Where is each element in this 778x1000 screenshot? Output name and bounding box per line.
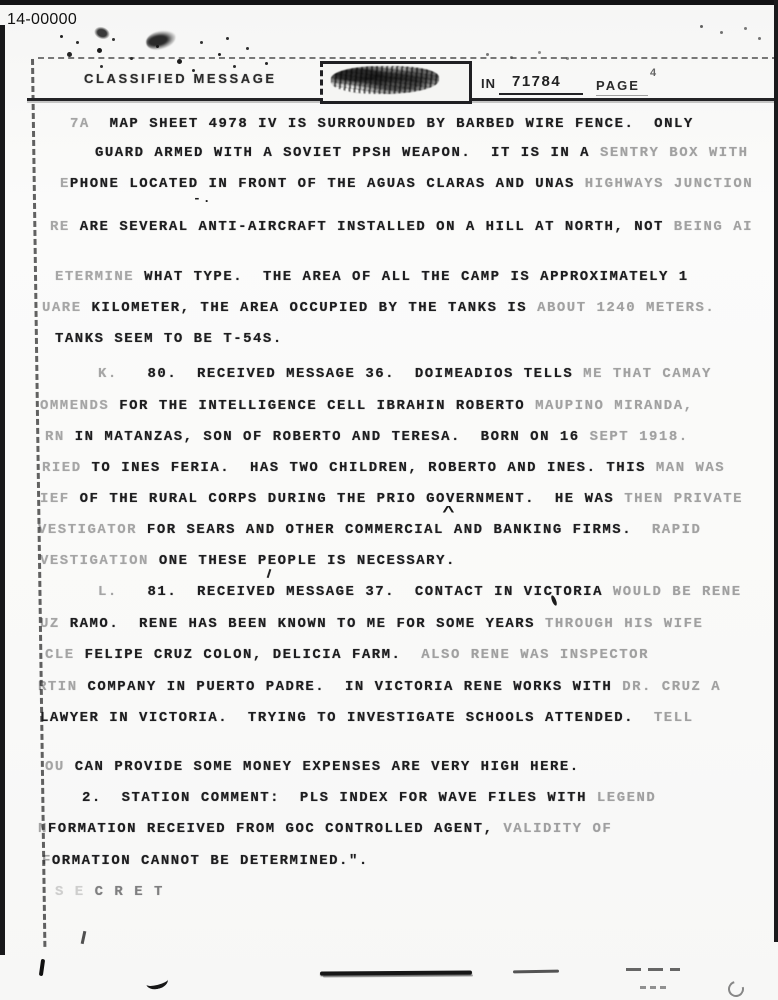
text-line: FORMATION CANNOT BE DETERMINED.". (42, 854, 369, 868)
stray-ink-mark (267, 569, 272, 578)
stray-ink-mark (145, 973, 170, 992)
in-number: 71784 (512, 73, 561, 90)
scan-edge-right (774, 0, 778, 942)
form-top-border (38, 57, 778, 59)
text-line: UZ RAMO. RENE HAS BEEN KNOWN TO ME FOR S… (40, 617, 703, 631)
stray-ink-mark: -. (193, 191, 213, 206)
ink-blotch (92, 25, 111, 42)
text-line: RTIN COMPANY IN PUERTO PADRE. IN VICTORI… (38, 680, 721, 694)
text-line: VESTIGATION ONE THESE PEOPLE IS NECESSAR… (40, 554, 456, 568)
illegible-stamp-icon (331, 66, 439, 94)
in-number-underline (499, 93, 583, 95)
page-underline (596, 95, 648, 96)
scan-smear-line (320, 970, 472, 975)
scanned-document-page: 14-00000 CLASSIFIED MESSAGE IN 71784 PAG… (0, 5, 778, 1000)
stray-ink-mark (725, 978, 747, 1000)
scan-speckles (486, 53, 489, 56)
scan-smear-line (513, 970, 559, 974)
stray-ink-mark (39, 959, 45, 976)
scan-speckles (60, 35, 63, 38)
scan-edge-left (0, 25, 5, 955)
text-line: UARE KILOMETER, THE AREA OCCUPIED BY THE… (42, 301, 715, 315)
page-label: PAGE (596, 78, 640, 93)
text-line: ETERMINE WHAT TYPE. THE AREA OF ALL THE … (55, 270, 689, 284)
page-number: 4 (650, 67, 656, 79)
text-line: TANKS SEEM TO BE T-54S. (55, 332, 283, 346)
text-line: OMMENDS FOR THE INTELLIGENCE CELL IBRAHI… (40, 399, 694, 413)
in-label: IN (481, 76, 496, 91)
stamp-box (320, 61, 472, 104)
text-line: GUARD ARMED WITH A SOVIET PPSH WEAPON. I… (95, 146, 749, 160)
classified-message-label: CLASSIFIED MESSAGE (84, 71, 277, 86)
document-id: 14-00000 (7, 11, 77, 29)
text-line: LAWYER IN VICTORIA. TRYING TO INVESTIGAT… (40, 711, 694, 725)
text-line: RN IN MATANZAS, SON OF ROBERTO AND TERES… (45, 430, 689, 444)
scan-speckles (700, 25, 703, 28)
stray-ink-mark (640, 986, 668, 989)
text-line: OU CAN PROVIDE SOME MONEY EXPENSES ARE V… (45, 760, 580, 774)
text-line: CLE FELIPE CRUZ COLON, DELICIA FARM. ALS… (45, 648, 649, 662)
ink-blotch (144, 28, 177, 52)
text-line: L. 81. RECEIVED MESSAGE 37. CONTACT IN V… (98, 585, 742, 599)
text-line: IEF OF THE RURAL CORPS DURING THE PRIO G… (40, 492, 743, 506)
text-line: RE ARE SEVERAL ANTI-AIRCRAFT INSTALLED O… (50, 220, 753, 234)
text-line: NFORMATION RECEIVED FROM GOC CONTROLLED … (38, 822, 612, 836)
secret-classification-line: S E C R E T (55, 885, 164, 899)
text-line: K. 80. RECEIVED MESSAGE 36. DOIMEADIOS T… (98, 367, 712, 381)
scan-smear-line (626, 968, 680, 971)
text-line: 2. STATION COMMENT: PLS INDEX FOR WAVE F… (82, 791, 656, 805)
handwritten-caret-mark: ^ (442, 503, 454, 520)
text-line: VESTIGATOR FOR SEARS AND OTHER COMMERCIA… (38, 523, 701, 537)
stray-ink-mark (81, 931, 87, 944)
text-line: 7A MAP SHEET 4978 IV IS SURROUNDED BY BA… (70, 117, 694, 131)
text-line: RIED TO INES FERIA. HAS TWO CHILDREN, RO… (42, 461, 725, 475)
text-line: EPHONE LOCATED IN FRONT OF THE AGUAS CLA… (60, 177, 753, 191)
